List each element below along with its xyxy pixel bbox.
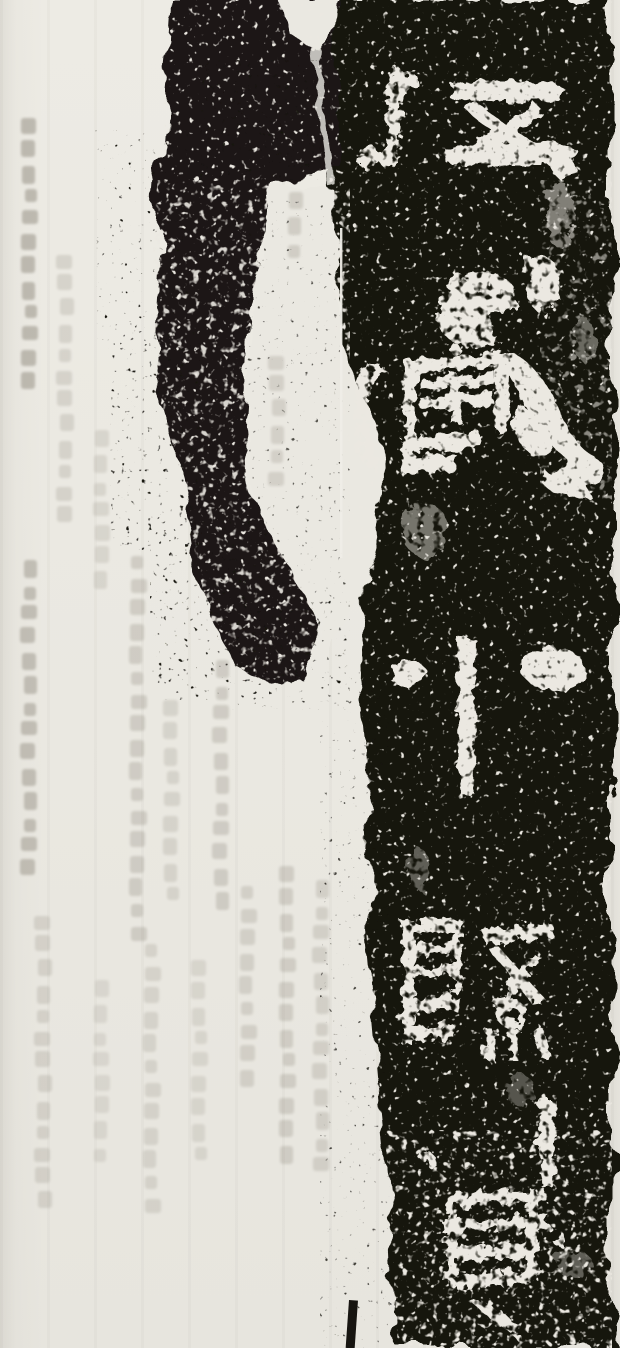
rubbing-image xyxy=(0,0,620,1348)
rubbing-plate xyxy=(0,0,620,1348)
crack-line xyxy=(340,228,342,558)
scatter-specks xyxy=(95,60,390,1348)
